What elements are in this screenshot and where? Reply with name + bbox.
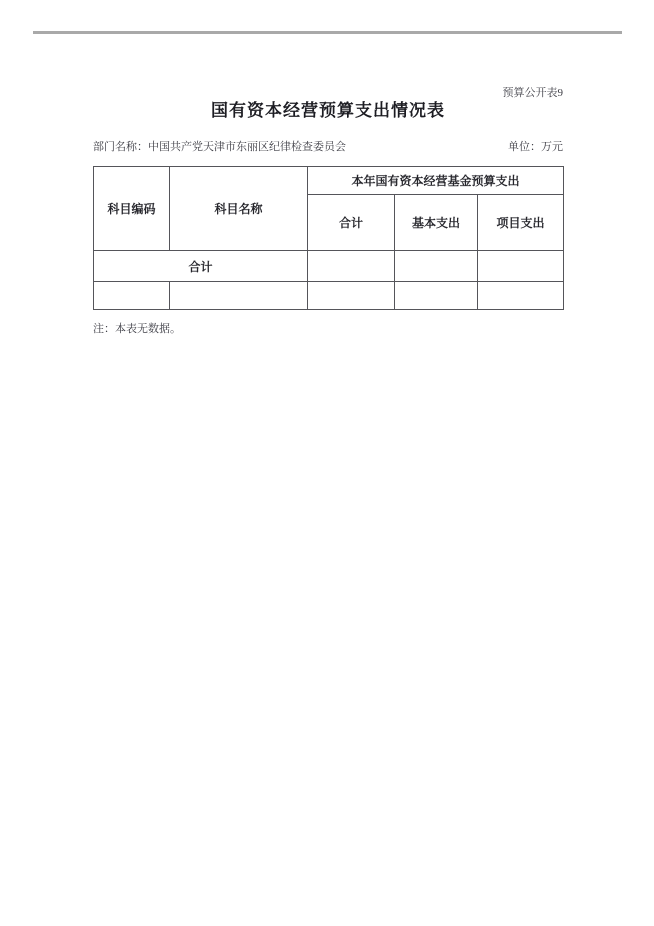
empty-row-project-cell bbox=[478, 282, 564, 310]
meta-row: 部门名称：中国共产党天津市东丽区纪律检查委员会 单位：万元 bbox=[93, 140, 563, 155]
row-total-total-cell bbox=[308, 251, 395, 282]
empty-row-name-cell bbox=[170, 282, 308, 310]
top-divider-rule bbox=[33, 31, 622, 34]
table-header-row-1: 科目编码 科目名称 本年国有资本经营基金预算支出 bbox=[94, 167, 564, 195]
row-total-basic-cell bbox=[395, 251, 478, 282]
column-group-header-budget-expenditure: 本年国有资本经营基金预算支出 bbox=[308, 167, 564, 195]
column-header-total: 合计 bbox=[308, 195, 395, 251]
table-row: 合计 bbox=[94, 251, 564, 282]
table-note: 注：本表无数据。 bbox=[93, 322, 181, 337]
empty-row-basic-cell bbox=[395, 282, 478, 310]
empty-row-code-cell bbox=[94, 282, 170, 310]
row-total-label-cell: 合计 bbox=[94, 251, 308, 282]
column-header-basic-expenditure: 基本支出 bbox=[395, 195, 478, 251]
column-header-project-expenditure: 项目支出 bbox=[478, 195, 564, 251]
column-header-subject-name: 科目名称 bbox=[170, 167, 308, 251]
column-header-subject-code: 科目编码 bbox=[94, 167, 170, 251]
sheet-number-label: 预算公开表9 bbox=[93, 86, 563, 100]
department-name-label: 部门名称：中国共产党天津市东丽区纪律检查委员会 bbox=[93, 140, 346, 155]
empty-row-total-cell bbox=[308, 282, 395, 310]
budget-expenditure-table: 科目编码 科目名称 本年国有资本经营基金预算支出 合计 基本支出 项目支出 合计 bbox=[93, 166, 564, 310]
page-title: 国有资本经营预算支出情况表 bbox=[93, 100, 563, 122]
table-row bbox=[94, 282, 564, 310]
row-total-project-cell bbox=[478, 251, 564, 282]
unit-label: 单位：万元 bbox=[508, 140, 563, 155]
